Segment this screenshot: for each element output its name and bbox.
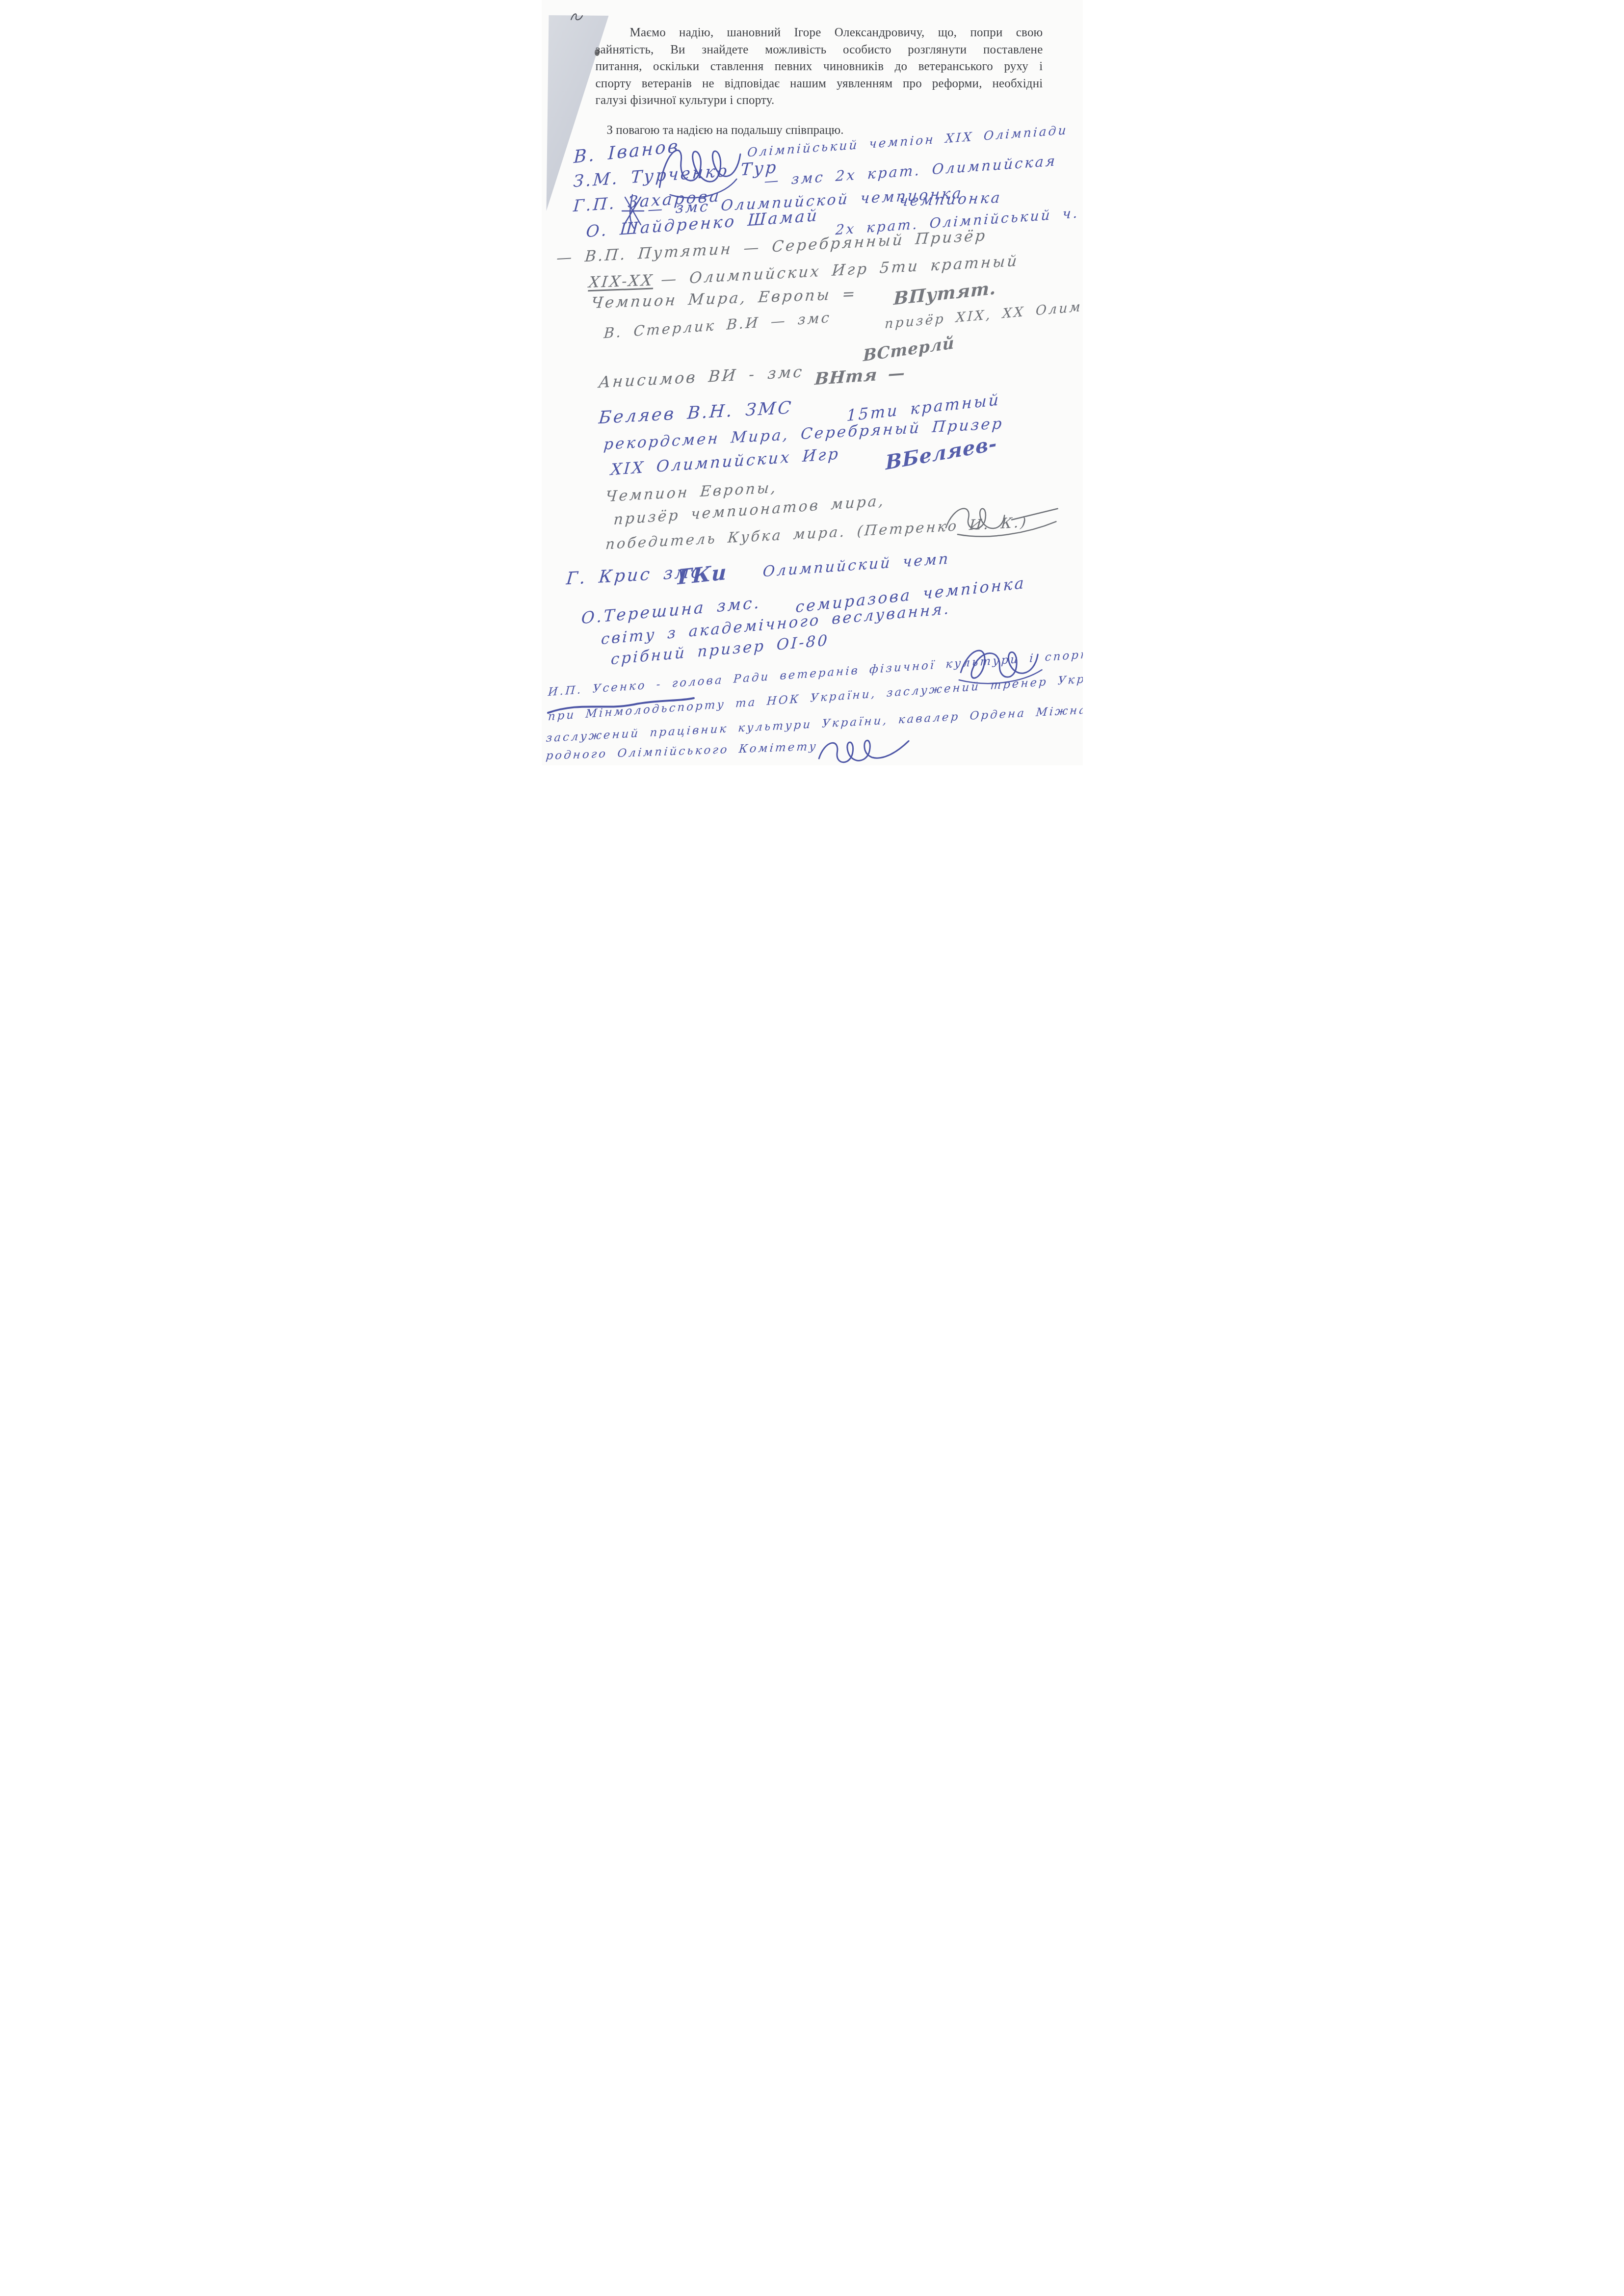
handwriting-line: Беляев В.Н. ЗМС [598, 398, 793, 428]
scanned-letter-page: Маємо надію, шановний Ігоре Олександрови… [542, 0, 1083, 765]
signature-petrenko [937, 493, 1064, 543]
handwriting-line: — змс 2х крат. Олимпийская [763, 152, 1057, 189]
handwriting-line: ВНтя — [814, 363, 906, 389]
handwriting-line: ВПутят. [893, 278, 996, 309]
handwriting-line: В. Стерлик В.И — змс [603, 309, 831, 342]
handwriting-line: Анисимов ВИ - змс [598, 362, 804, 391]
handwriting-line: Олимпийский чемп [762, 550, 950, 580]
signature-usenko-underline [546, 696, 698, 715]
handwriting-line: родного Олімпійського Комітету [545, 740, 818, 762]
signature-zakharova [619, 192, 646, 231]
handwriting-line: ГКи [677, 560, 727, 589]
handwriting-line: ВБеляев- [885, 432, 997, 475]
signature-ivanov [651, 133, 749, 202]
handwriting-line: XIX-XX [588, 271, 655, 291]
handwriting-line: ВСтерлй [863, 333, 954, 365]
signature-tereshina [953, 634, 1046, 690]
handwriting-line: Олімпійський чемпіон XIX Олімпіади [746, 123, 1068, 159]
